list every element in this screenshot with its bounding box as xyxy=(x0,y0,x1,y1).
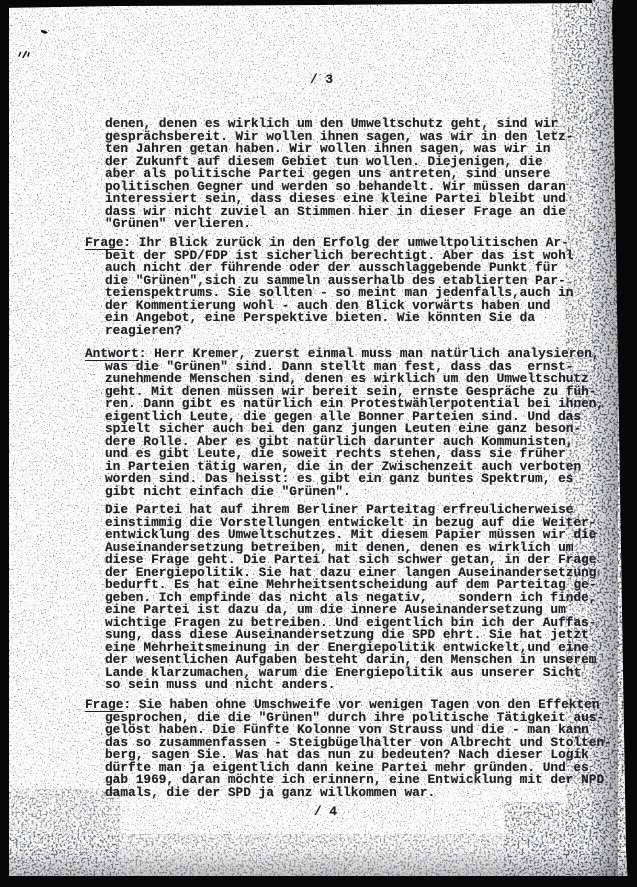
pen-mark-lower xyxy=(19,52,29,58)
paragraph-text: Sie haben ohne Umschweife vor wenigen Ta… xyxy=(105,697,612,800)
paragraph-antwort-continued: Die Partei hat auf ihrem Berliner Partei… xyxy=(85,504,632,692)
scanned-document-page: / 3 / 4 denen, denen es wirklich um den … xyxy=(0,0,637,887)
paragraph-text: Herr Kremer, zuerst einmal muss man natü… xyxy=(105,346,604,499)
paragraph-frage-1: Frage: Ihr Blick zurück in den Erfolg de… xyxy=(85,237,632,337)
paragraph-text: Die Partei hat auf ihrem Berliner Partei… xyxy=(105,502,596,692)
paragraph-text: denen, denen es wirklich um den Umweltsc… xyxy=(105,116,573,231)
pen-mark-upper xyxy=(41,30,48,34)
left-scan-border xyxy=(0,0,9,882)
document-text-block: denen, denen es wirklich um den Umweltsc… xyxy=(85,0,612,887)
paragraph-frage-2: Frage: Sie haben ohne Umschweife vor wen… xyxy=(85,699,632,799)
paragraph-antwort: Antwort: Herr Kremer, zuerst einmal muss… xyxy=(85,348,632,498)
paragraph-text: Ihr Blick zurück in den Erfolg der umwel… xyxy=(105,235,573,338)
paragraph-continuation: denen, denen es wirklich um den Umweltsc… xyxy=(85,118,632,231)
